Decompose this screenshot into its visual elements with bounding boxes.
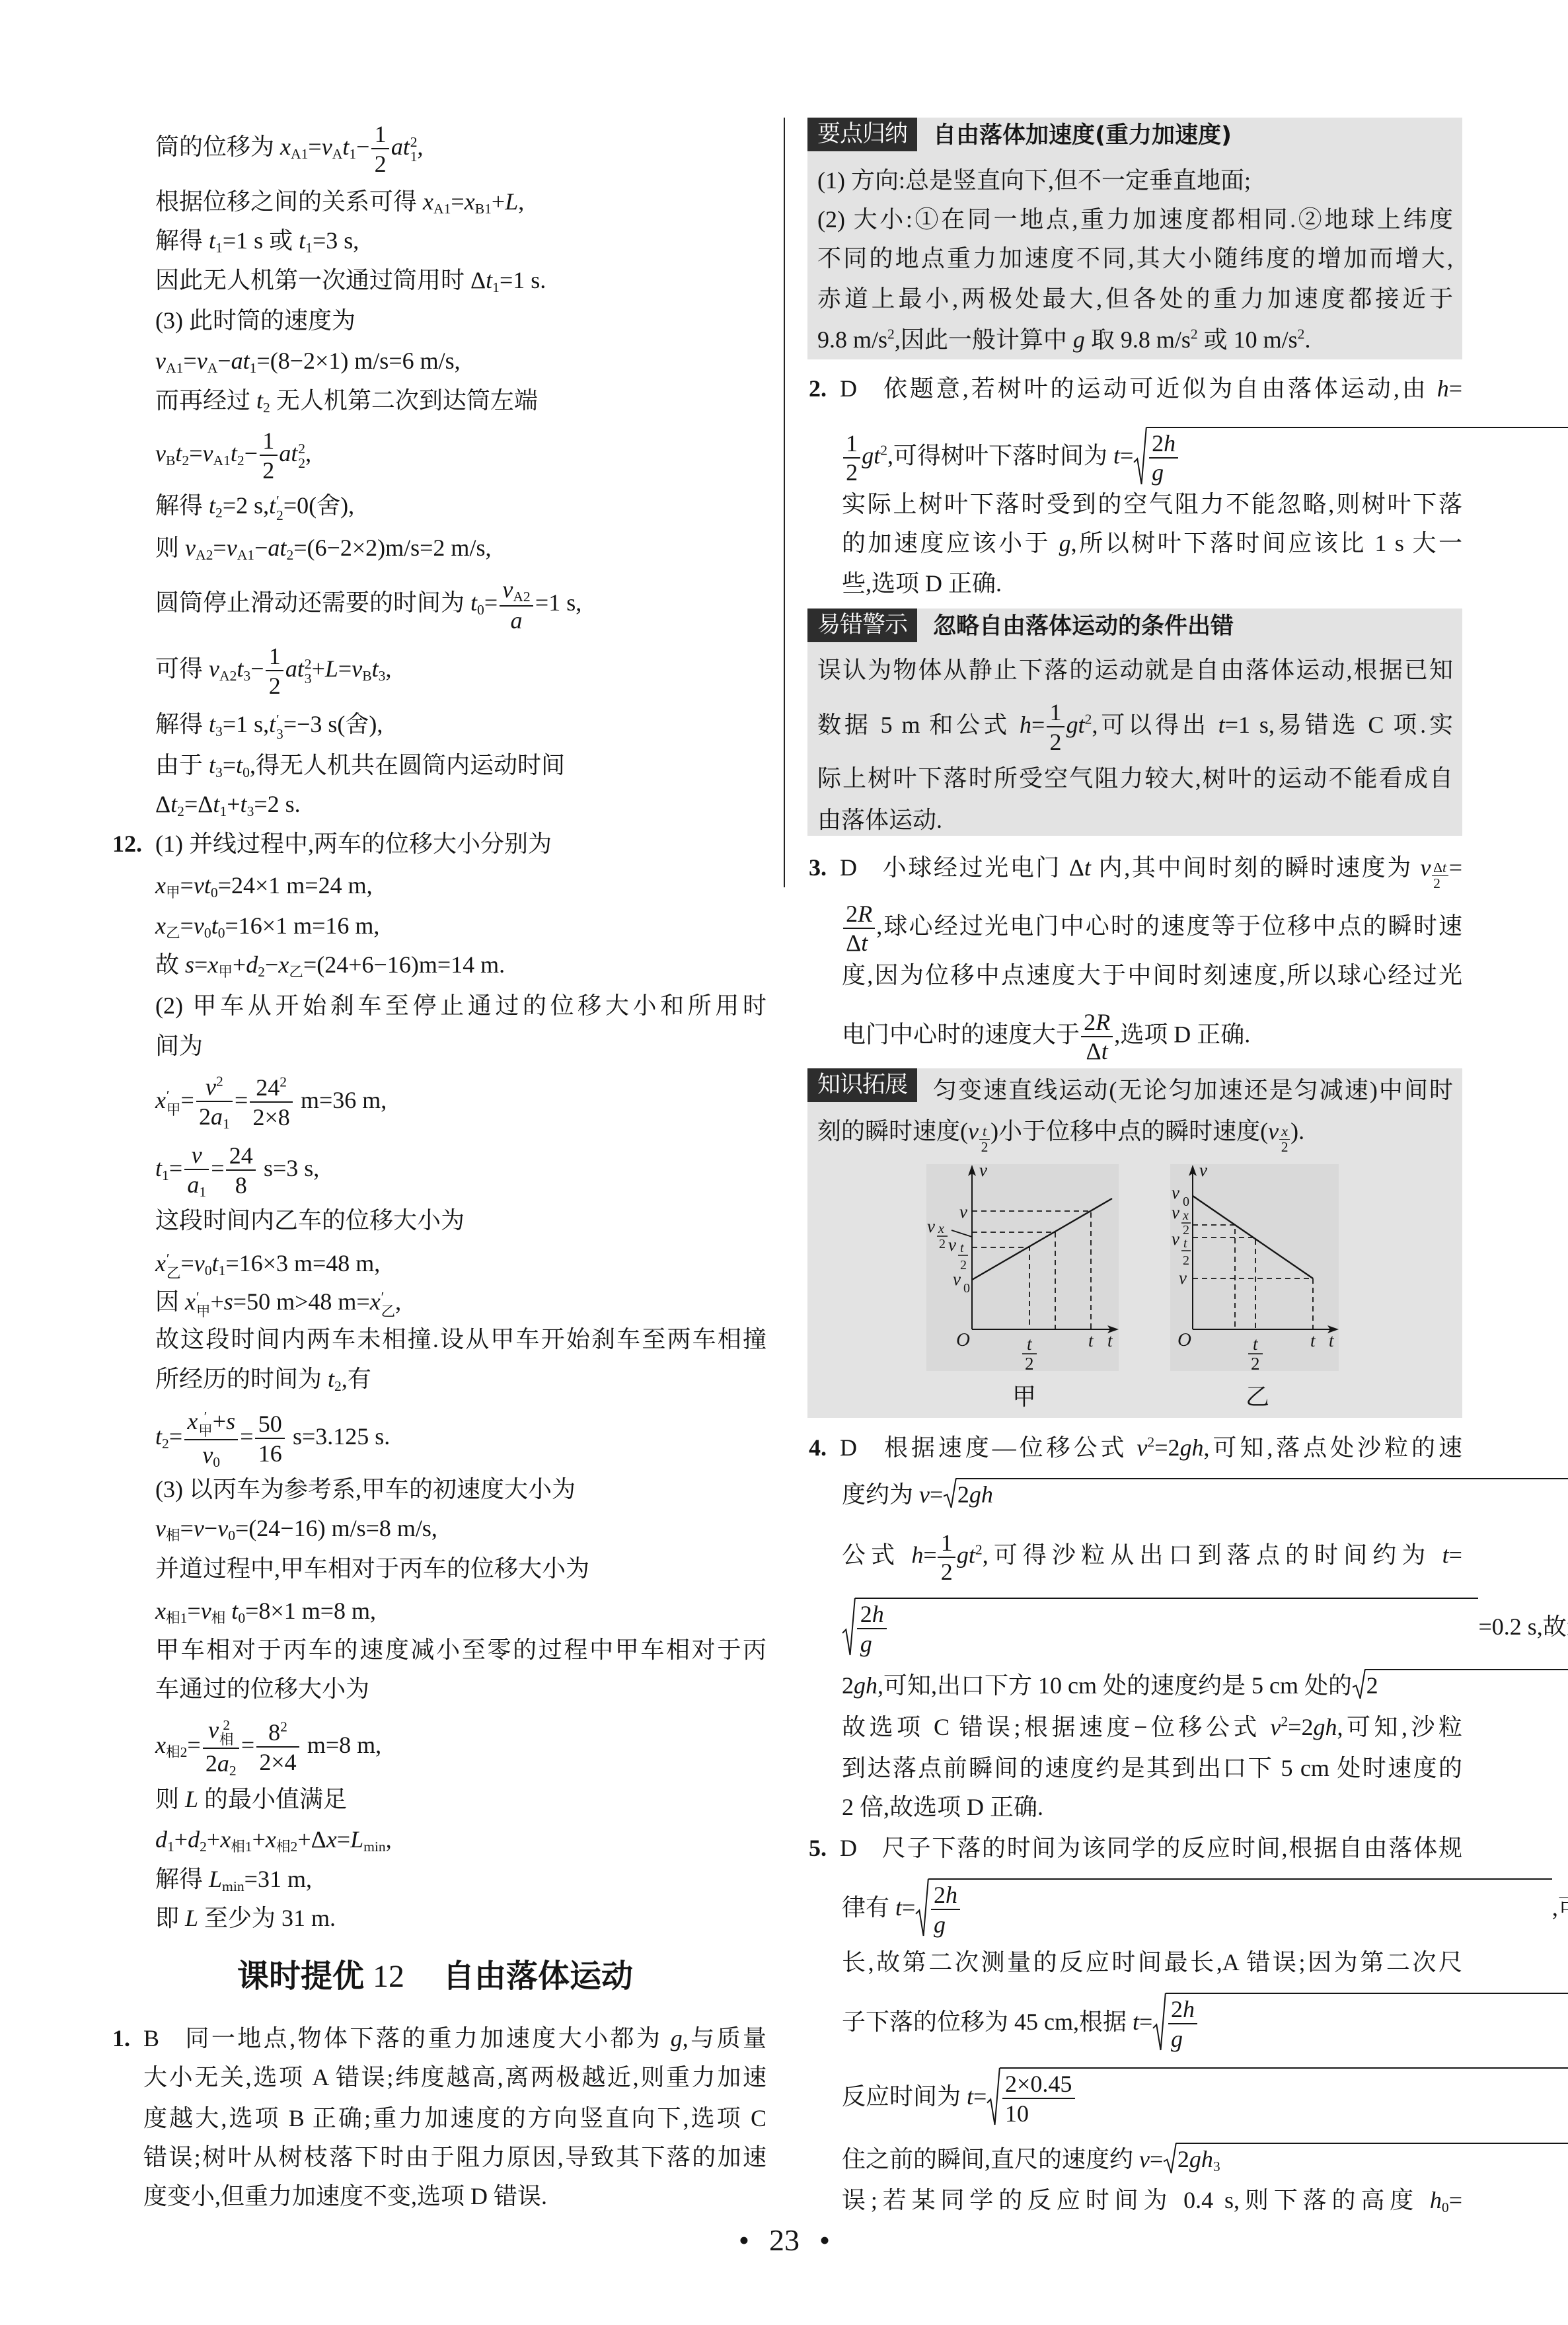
q11-line: vA1=vA−at1=(8−2×1) m/s=6 m/s, xyxy=(155,341,766,381)
math-variable: gt xyxy=(862,443,880,469)
subscript: A1 xyxy=(291,146,308,162)
math-variable: v xyxy=(155,1515,166,1541)
numerator: x xyxy=(1279,1125,1290,1140)
math-variable: v xyxy=(194,912,204,939)
math-variable: t xyxy=(213,791,219,817)
subscript: x2 xyxy=(1279,1130,1290,1146)
fraction: v2相2a2 xyxy=(203,1716,239,1778)
numerator: 2h xyxy=(857,1601,887,1629)
q4-line: 到达落点前瞬间的速度约是其到出口下 5 cm 处时速度的 xyxy=(842,1748,1462,1788)
q12-line: x相1=v相 t0=8×1 m=8 m, xyxy=(155,1591,766,1631)
sub-superscript: 22 xyxy=(298,442,305,470)
subscript: A1 xyxy=(213,453,231,468)
subscript: 3 xyxy=(379,668,386,684)
denominator: 16 xyxy=(255,1439,285,1467)
denominator: 2 xyxy=(371,149,389,177)
math-variable: t xyxy=(861,930,868,956)
subscript: 2 xyxy=(215,505,223,521)
square-root: 2hg xyxy=(842,1598,1478,1657)
math-variable: L xyxy=(325,655,338,682)
superscript: 2 xyxy=(1281,1714,1288,1730)
superscript: 2 xyxy=(216,1074,223,1089)
label-t-half-den: 2 xyxy=(1251,1354,1260,1371)
q12-line: 甲车相对于丙车的速度减小至零的过程中甲车相对于丙 xyxy=(155,1630,766,1670)
math-variable: g xyxy=(671,2025,683,2051)
math-variable: t xyxy=(155,1155,162,1181)
knowledge-extension-line: 刻的瞬时速度(vt2)小于位移中点的瞬时速度(vx2). xyxy=(817,1111,1453,1151)
key-points-line: 9.8 m/s2,因此一般计算中 g 取 9.8 m/s2 或 10 m/s2. xyxy=(817,320,1453,359)
label-t-half-den: 2 xyxy=(1025,1354,1034,1371)
q12-line: 故这段时间内两车未相撞.设从甲车开始刹车至两车相撞 xyxy=(155,1319,766,1359)
denominator: 2a2 xyxy=(203,1749,239,1778)
key-points-line: (1) 方向:总是竖直向下,但不一定垂直地面; xyxy=(817,161,1453,200)
label-sub-t: t xyxy=(960,1241,964,1255)
radicand: 2hg xyxy=(1146,427,1568,486)
math-variable: gh xyxy=(1189,2146,1213,2172)
denominator: 2 xyxy=(1432,876,1448,891)
q11-line: 解得 t3=1 s,t′3=−3 s(舍), xyxy=(155,704,766,744)
radical-sign-icon xyxy=(987,2067,1000,2127)
subscript: A xyxy=(207,360,218,376)
sub-superscript: ′甲 xyxy=(198,1410,213,1438)
denominator: 2 xyxy=(1047,727,1064,755)
q11-line: Δt2=Δt1+t3=2 s. xyxy=(155,784,766,824)
math-variable: t xyxy=(967,2083,973,2110)
math-variable: g xyxy=(1152,459,1164,486)
square-root: 2 xyxy=(1352,1669,1568,1699)
subscript: 0 xyxy=(213,1454,220,1470)
vt-graph-jia: v v v x 2 v t 2 v 0 O t 2 t t xyxy=(926,1164,1119,1371)
math-variable: vt xyxy=(194,872,211,899)
q4-line: 度约为 v=2gh=2 m/s,故选项 A 错误;由自由落体运动 xyxy=(842,1475,1462,1514)
fraction: 2hg xyxy=(857,1601,887,1657)
math-variable: x xyxy=(1281,1123,1288,1139)
math-variable: v xyxy=(202,1442,213,1468)
math-variable: v xyxy=(352,655,362,682)
fraction: 12 xyxy=(260,427,278,484)
q12-line: x乙=v0t0=16×1 m=16 m, xyxy=(155,906,766,945)
q5-line: 5.D 尺子下落的时间为该同学的反应时间,根据自由落体规 xyxy=(809,1828,1462,1868)
sub-superscript: 2相 xyxy=(219,1718,234,1747)
math-variable: t xyxy=(237,655,243,682)
axis-label-v: v xyxy=(1199,1164,1207,1180)
math-variable: v xyxy=(1270,1714,1281,1740)
math-variable: h xyxy=(872,1601,884,1627)
subscript: min xyxy=(363,1839,386,1855)
math-variable: x xyxy=(220,1826,231,1853)
subscript: 相 xyxy=(211,1610,226,1626)
textbook-answer-page: 筒的位移为 xA1=vAt1−12at21, 根据位移之间的关系可得 xA1=x… xyxy=(0,0,1568,2325)
math-variable: gh xyxy=(1180,1434,1204,1461)
q2-line: 12gt2,可得树叶下落时间为 t=2hg=2×510 s=1 s,但 xyxy=(842,430,1462,470)
subscript: 相1 xyxy=(166,1610,187,1626)
fraction: 12 xyxy=(266,643,283,699)
fraction: 248 xyxy=(226,1142,256,1199)
key-points-label: 要点归纳 xyxy=(807,118,917,151)
math-variable: v xyxy=(155,440,166,466)
radical-sign-icon xyxy=(915,1878,929,1938)
subscript: A2 xyxy=(219,668,237,684)
q3-line: 电门中心时的速度大于2RΔt,选项 D 正确. xyxy=(842,1009,1462,1049)
radicand: 2gh3 xyxy=(1176,2143,1568,2174)
math-variable: a xyxy=(511,607,523,634)
graph-caption-yi: 乙 xyxy=(1244,1383,1271,1412)
math-variable: h xyxy=(911,1542,923,1568)
math-variable: at xyxy=(391,133,410,160)
math-variable: gh xyxy=(1313,1714,1337,1740)
math-variable: x xyxy=(278,951,289,978)
radicand: 2 xyxy=(1365,1669,1568,1699)
q2-line: 些,选项 D 正确. xyxy=(842,564,1462,603)
math-variable: t xyxy=(1442,1542,1449,1568)
subscript: 相 xyxy=(166,1528,180,1543)
fraction: vA2a xyxy=(500,576,533,634)
sub-superscript: 21 xyxy=(410,135,418,164)
q5-line: 长,故第二次测量的反应时间最长,A 错误;因为第二次尺 xyxy=(842,1942,1462,1982)
fraction: 2hg xyxy=(1149,430,1179,486)
math-variable: v xyxy=(227,535,237,561)
subscript: 2 xyxy=(200,1839,207,1855)
math-variable: v xyxy=(217,1515,228,1541)
q12-line: 故 s=x甲+d2−x乙=(24+6−16)m=14 m. xyxy=(155,945,766,984)
fraction: t2 xyxy=(979,1125,990,1154)
math-variable: v xyxy=(919,1481,930,1508)
knowledge-extension-line: 匀变速直线运动(无论匀加速还是匀减速)中间时 xyxy=(933,1070,1453,1110)
fraction: 2RΔt xyxy=(1081,1009,1113,1065)
label-sub-den: 2 xyxy=(1183,1253,1189,1268)
fraction: x′甲+sv0 xyxy=(184,1408,238,1469)
math-variable: a xyxy=(187,1171,199,1198)
denominator: 2a1 xyxy=(196,1102,233,1131)
q12-line: 间为 xyxy=(155,1026,766,1066)
q12-line: x′甲=v22a1=2422×8 m=36 m, xyxy=(155,1080,766,1120)
math-variable: a xyxy=(217,1750,229,1777)
q2-line: 的加速度应该小于 g,所以树叶下落时间应该比 1 s 大一 xyxy=(842,523,1462,563)
math-variable: g xyxy=(1073,326,1085,353)
math-variable: v xyxy=(201,1598,211,1624)
fraction: 12 xyxy=(371,121,389,177)
denominator: 2 xyxy=(266,671,283,699)
fraction: Δt2 xyxy=(1432,861,1448,891)
q3-line: 度,因为位移中点速度大于中间时刻速度,所以球心经过光 xyxy=(842,955,1462,995)
subscript: B1 xyxy=(475,201,492,217)
common-mistake-line: 数据 5 m 和公式 h=12gt2,可以得出 t=1 s,易错选 C 项.实 xyxy=(817,705,1453,745)
math-variable: x xyxy=(155,872,166,899)
math-variable: t xyxy=(342,133,349,160)
subscript: 2 xyxy=(258,964,265,980)
subscript: 0 xyxy=(218,925,225,941)
subscript: 1 xyxy=(219,803,227,819)
common-mistake-title: 忽略自由落体运动的条件出错 xyxy=(933,609,1234,642)
math-variable: s xyxy=(226,1408,235,1434)
denominator: 8 xyxy=(226,1171,256,1199)
section-heading: 课时提优12自由落体运动 xyxy=(237,1956,633,1996)
q11-line: 根据位移之间的关系可得 xA1=xB1+L, xyxy=(155,182,766,221)
label-v0: v xyxy=(953,1269,961,1289)
subscript: 1 xyxy=(250,360,257,376)
common-mistake-line: 由落体运动. xyxy=(817,800,1453,840)
q11-line: 则 vA2=vA1−at2=(6−2×2)m/s=2 m/s, xyxy=(155,528,766,568)
math-variable: a xyxy=(211,1103,223,1130)
radicand: 2hg xyxy=(928,1878,1552,1938)
math-variable: at xyxy=(231,348,250,374)
q1-line: 1.B 同一地点,物体下落的重力加速度大小都为 g,与质量 xyxy=(112,2018,766,2058)
math-variable: x xyxy=(370,1288,381,1315)
subscript: 1 xyxy=(215,240,223,256)
denominator: g xyxy=(931,1910,961,1938)
denominator: 2 xyxy=(843,459,861,486)
subscript: 0 xyxy=(1442,2199,1449,2215)
math-variable: s xyxy=(185,951,194,978)
square-root: 2gh xyxy=(943,1478,1568,1508)
math-variable: t xyxy=(1101,1038,1108,1064)
q5-line: 子下落的位移为 45 cm,根据 t=2hg,可得第二次测量的 xyxy=(842,2002,1462,2042)
origin-label: O xyxy=(1177,1329,1191,1350)
math-variable: t xyxy=(209,492,215,519)
subscript: 相2 xyxy=(276,1839,297,1855)
bullet-dot: • xyxy=(819,2223,830,2258)
q12-line: 车通过的位移大小为 xyxy=(155,1669,766,1709)
heading-number: 12 xyxy=(373,1959,404,1994)
question-number: 3. xyxy=(809,848,827,887)
q12-line: d1+d2+x相1+x相2+Δx=Lmin, xyxy=(155,1820,766,1859)
math-variable: v xyxy=(185,535,196,561)
key-points-title: 自由落体加速度(重力加速度) xyxy=(933,118,1232,151)
key-points-line: (2) 大小:①在同一地点,重力加速度都相同.②地球上纬度 xyxy=(817,200,1453,239)
subscript: 0 xyxy=(211,885,218,901)
square-root: 2hg xyxy=(915,1878,1551,1938)
question-number: 2. xyxy=(809,369,827,408)
question-number: 5. xyxy=(809,1828,827,1868)
fraction: 2hg xyxy=(1168,1996,1198,2052)
math-variable: h xyxy=(1430,2187,1442,2213)
q4-line: 2gh,可知,出口下方 10 cm 处的速度约是 5 cm 处的2倍, xyxy=(842,1666,1462,1705)
numerator: 1 xyxy=(843,430,861,459)
key-points-line: 不同的地点重力加速度不同,其大小随纬度的增加而增大, xyxy=(817,239,1453,278)
common-mistake-label: 易错警示 xyxy=(807,609,917,642)
subscript: 3 xyxy=(215,764,223,780)
subscript: 2 xyxy=(237,453,244,468)
numerator: vA2 xyxy=(500,576,533,606)
math-variable: g xyxy=(860,1631,872,1657)
q12-line: 解得 Lmin=31 m, xyxy=(155,1859,766,1899)
numerator: 2R xyxy=(843,901,876,929)
subscript: A1 xyxy=(237,547,254,563)
fraction: 12 xyxy=(843,430,861,486)
q11-line: 因此无人机第一次通过筒用时 Δt1=1 s. xyxy=(155,260,766,300)
math-variable: t xyxy=(1218,712,1225,738)
subscript: 甲 xyxy=(218,964,233,980)
math-variable: x xyxy=(187,1408,198,1434)
column-divider xyxy=(784,118,785,887)
label-sub-den: 2 xyxy=(939,1237,946,1251)
math-variable: x xyxy=(155,1250,166,1276)
numerator: v xyxy=(184,1142,209,1170)
fraction: 822×4 xyxy=(256,1719,299,1775)
math-variable: t xyxy=(486,267,492,293)
question-number: 12. xyxy=(112,824,142,864)
math-variable: gt xyxy=(1066,712,1085,738)
superscript: 2 xyxy=(1147,1434,1154,1450)
numerator: 242 xyxy=(250,1074,293,1103)
math-variable: t xyxy=(155,1423,162,1450)
math-variable: t xyxy=(1084,854,1091,881)
subscript: Δt2 xyxy=(1431,867,1448,883)
math-variable: t xyxy=(170,791,177,817)
q11-line: 筒的位移为 xA1=vAt1−12at21, xyxy=(155,127,766,166)
numerator: 1 xyxy=(266,643,283,671)
superscript: 2 xyxy=(887,326,895,342)
q5-line: 住之前的瞬间,直尺的速度约 v=2gh3=6 m/s,故 C 错 xyxy=(842,2139,1462,2179)
subscript: 甲 xyxy=(166,885,180,901)
numerator: 1 xyxy=(260,427,278,456)
subscript: B xyxy=(166,453,175,468)
math-variable: v xyxy=(194,1515,204,1541)
square-root: 2×0.4510 xyxy=(987,2067,1568,2127)
q12-line: (3) 以丙车为参考系,甲车的初速度大小为 xyxy=(155,1469,766,1509)
numerator: 2×0.45 xyxy=(1002,2071,1075,2099)
subscript: A2 xyxy=(196,547,213,563)
math-variable: t xyxy=(211,912,218,939)
page-number: •23• xyxy=(718,2221,850,2258)
denominator: 2×8 xyxy=(250,1103,293,1130)
denominator: g xyxy=(1149,459,1179,486)
superscript: 2 xyxy=(1085,712,1092,727)
math-variable: t xyxy=(231,1598,238,1624)
subscript: 0 xyxy=(228,1528,235,1543)
denominator: v0 xyxy=(184,1440,238,1469)
q2-line: 2.D 依题意,若树叶的运动可近似为自由落体运动,由 h= xyxy=(809,369,1462,408)
q12-line: 即 L 至少为 31 m. xyxy=(155,1898,766,1938)
math-variable: x xyxy=(155,912,166,939)
math-variable: t xyxy=(231,440,237,466)
q11-line: vBt2=vA1t2−12at22, xyxy=(155,433,766,473)
square-root: 2hg xyxy=(1133,427,1568,486)
math-variable: t xyxy=(372,655,379,682)
graph-caption-jia: 甲 xyxy=(1011,1383,1037,1412)
subscript: 1 xyxy=(349,146,356,162)
subscript: 0 xyxy=(243,764,250,780)
q5-line: 误;若某同学的反应时间为 0.4 s,则下落的高度 h0= xyxy=(842,2180,1462,2220)
q11-line: 解得 t2=2 s,t′2=0(舍), xyxy=(155,486,766,525)
subscript: 1 xyxy=(219,1263,226,1278)
q11-line: 解得 t1=1 s 或 t1=3 s, xyxy=(155,221,766,260)
numerator: v2相 xyxy=(203,1716,239,1749)
radicand: 2×0.4510 xyxy=(1000,2067,1568,2127)
radical-sign-icon xyxy=(943,1478,957,1508)
numerator: 24 xyxy=(226,1142,256,1171)
label-sub-den: 2 xyxy=(960,1258,967,1273)
math-variable: t xyxy=(236,752,243,778)
math-variable: x xyxy=(423,188,433,215)
math-variable: L xyxy=(185,1905,198,1931)
subscript: 0 xyxy=(205,1263,212,1278)
radical-sign-icon xyxy=(842,1598,856,1657)
subscript: t2 xyxy=(979,1130,990,1146)
math-variable: v xyxy=(1139,2146,1150,2172)
math-variable: h xyxy=(1164,430,1176,457)
math-variable: h xyxy=(1437,375,1449,402)
subscript: A1 xyxy=(433,201,451,217)
q4-line: 公式 h=12gt2,可得沙粒从出口到落点的时间约为 t= xyxy=(842,1530,1462,1569)
math-variable: L xyxy=(505,188,518,215)
math-variable: v xyxy=(203,440,213,466)
denominator: g xyxy=(1168,2024,1198,2052)
subscript: 1 xyxy=(305,240,313,256)
subscript: 0 xyxy=(204,925,211,941)
math-variable: t xyxy=(241,791,247,817)
q12-line: t2=x′甲+sv0=5016 s=3.125 s. xyxy=(155,1417,766,1456)
q4-line: 2 倍,故选项 D 正确. xyxy=(842,1787,1462,1827)
q2-line: 实际上树叶下落时受到的空气阻力不能忽略,则树叶下落 xyxy=(842,484,1462,524)
math-variable: t xyxy=(1113,443,1120,469)
q12-line: 12.(1) 并线过程中,两车的位移大小分别为 xyxy=(112,824,766,864)
label-v-x-half: v xyxy=(927,1216,935,1236)
subscript: A xyxy=(332,146,343,162)
subscript: min xyxy=(222,1878,244,1894)
heading-title: 自由落体运动 xyxy=(443,1958,633,1995)
subscript: 2 xyxy=(162,1436,169,1452)
math-variable: x xyxy=(465,188,475,215)
square-root: 2hg xyxy=(1152,1993,1568,2052)
fraction: 12 xyxy=(1047,699,1064,755)
superscript: 2 xyxy=(880,442,887,458)
math-variable: h xyxy=(1183,1996,1195,2022)
superscript: 2 xyxy=(280,1074,287,1090)
q11-line: 圆筒停止滑动还需要的时间为 t0=vA2a=1 s, xyxy=(155,583,766,622)
subscript: 1 xyxy=(162,1167,169,1183)
fraction: 2RΔt xyxy=(843,901,876,957)
numerator: 2R xyxy=(1081,1009,1113,1037)
math-variable: t xyxy=(209,711,215,737)
denominator: 2 xyxy=(938,1558,955,1586)
radical-sign-icon xyxy=(1352,1669,1366,1699)
math-variable: x xyxy=(207,951,218,978)
q12-line: t1=va1=248 s=3 s, xyxy=(155,1148,766,1188)
denominator: 2×4 xyxy=(256,1748,299,1775)
subscript: 乙 xyxy=(289,964,303,980)
math-variable: d xyxy=(155,1826,167,1853)
label-v0: v xyxy=(1172,1183,1179,1202)
bullet-dot: • xyxy=(739,2223,749,2258)
denominator: Δt xyxy=(1081,1037,1113,1065)
math-variable: g xyxy=(1171,2026,1183,2052)
q5-line: 反应时间为 t=2×0.4510 s=0.3 s,选项 B 错误;第三次抓 xyxy=(842,2077,1462,2116)
label-sub-x: x xyxy=(938,1222,944,1236)
numerator: 50 xyxy=(255,1411,285,1439)
math-variable: gh xyxy=(969,1481,993,1508)
math-variable: t xyxy=(1133,2009,1139,2035)
numerator: Δt xyxy=(1432,861,1448,876)
sub-superscript: ′2 xyxy=(276,494,283,523)
math-variable: v xyxy=(194,1250,205,1276)
math-variable: t xyxy=(209,227,215,254)
subscript: 1 xyxy=(199,1184,206,1200)
fraction: x2 xyxy=(1279,1125,1290,1154)
subscript: 2 xyxy=(229,1763,237,1779)
subscript: 0 xyxy=(477,602,484,618)
math-variable: v xyxy=(502,576,513,603)
label-v-t-half: v xyxy=(1172,1229,1179,1249)
subscript: 3 xyxy=(247,803,254,819)
math-variable: g xyxy=(934,1911,946,1938)
radicand: 2hg xyxy=(855,1598,1479,1657)
math-variable: t xyxy=(895,1894,902,1921)
radical-sign-icon xyxy=(1152,1993,1166,2052)
denominator: 2 xyxy=(979,1140,990,1154)
subscript: 3 xyxy=(243,668,250,684)
radicand: 2hg xyxy=(1166,1993,1568,2052)
